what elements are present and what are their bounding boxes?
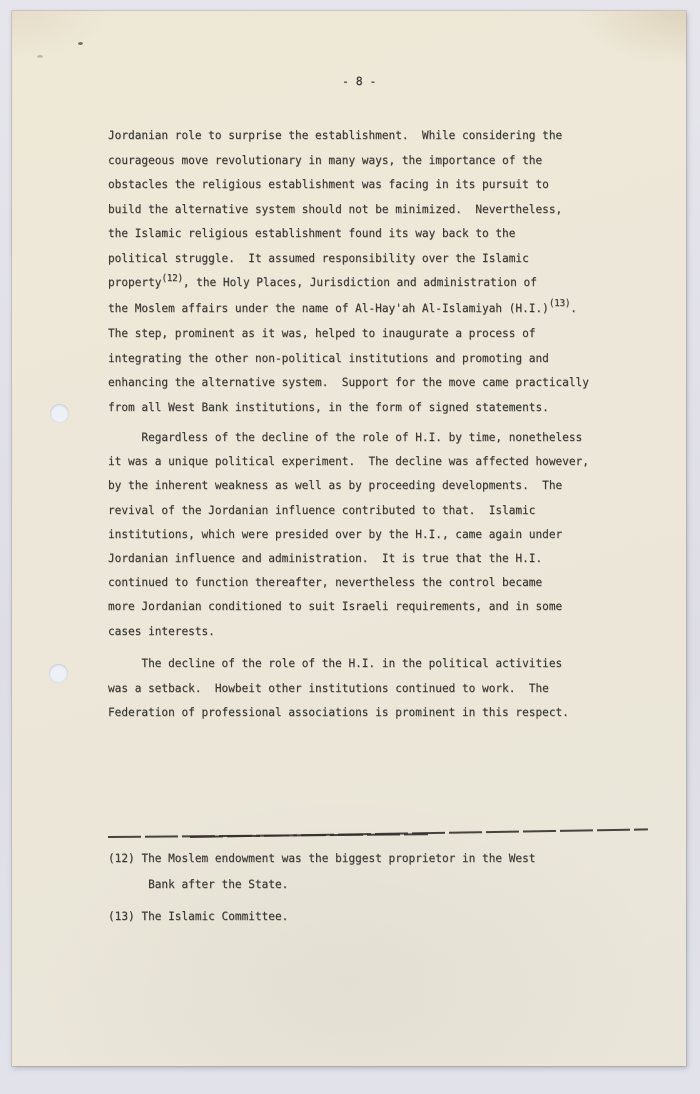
text-line: enhancing the alternative system. Suppor…	[108, 371, 668, 396]
text-segment: cases interests.	[108, 625, 215, 638]
paragraph: Regardless of the decline of the role of…	[108, 426, 668, 644]
text-line: Regardless of the decline of the role of…	[108, 426, 668, 450]
text-segment: obstacles the religious establishment wa…	[108, 178, 549, 191]
footnote-reference: (12)	[161, 273, 182, 284]
text-segment: (12) The Moslem endowment was the bigges…	[108, 852, 535, 865]
page-number: - 8 -	[342, 74, 376, 88]
text-segment: political struggle. It assumed responsib…	[108, 252, 529, 265]
divider-dash-row	[190, 828, 648, 837]
text-line: property(12), the Holy Places, Jurisdict…	[108, 271, 668, 297]
punch-hole-top	[50, 404, 69, 423]
text-line: it was a unique political experiment. Th…	[108, 450, 668, 474]
text-line: The decline of the role of the H.I. in t…	[108, 652, 668, 677]
text-segment: property	[108, 276, 161, 289]
text-segment: (13) The Islamic Committee.	[108, 910, 288, 923]
text-segment: Federation of professional associations …	[108, 706, 569, 719]
text-segment: Regardless of the decline of the role of…	[108, 431, 582, 444]
text-line: (12) The Moslem endowment was the bigges…	[108, 846, 668, 872]
text-segment: .	[570, 302, 577, 315]
text-segment: courageous move revolutionary in many wa…	[108, 154, 542, 167]
text-segment: The step, prominent as it was, helped to…	[108, 327, 535, 340]
text-segment: build the alternative system should not …	[108, 203, 562, 216]
text-segment: by the inherent weakness as well as by p…	[108, 479, 562, 492]
text-line: Jordanian influence and administration. …	[108, 547, 668, 571]
text-line: the Moslem affairs under the name of Al-…	[108, 297, 668, 323]
text-segment: , the Holy Places, Jurisdiction and admi…	[183, 276, 537, 289]
text-segment: continued to function thereafter, nevert…	[108, 576, 542, 589]
text-line: the Islamic religious establishment foun…	[108, 222, 668, 247]
text-segment: revival of the Jordanian influence contr…	[108, 504, 535, 517]
footnote-divider	[108, 824, 648, 840]
text-line: Bank after the State.	[108, 872, 668, 898]
text-segment: institutions, which were presided over b…	[108, 528, 562, 541]
text-segment: Jordanian role to surprise the establish…	[108, 129, 562, 142]
text-line: was a setback. Howbeit other institution…	[108, 677, 668, 702]
footnote-reference: (13)	[549, 298, 570, 309]
text-segment: the Islamic religious establishment foun…	[108, 227, 515, 240]
text-line: by the inherent weakness as well as by p…	[108, 474, 668, 498]
text-line: build the alternative system should not …	[108, 198, 668, 223]
text-segment: was a setback. Howbeit other institution…	[108, 682, 549, 695]
text-line: from all West Bank institutions, in the …	[108, 396, 668, 421]
text-line: more Jordanian conditioned to suit Israe…	[108, 595, 668, 619]
text-line: institutions, which were presided over b…	[108, 523, 668, 547]
text-line: obstacles the religious establishment wa…	[108, 173, 668, 198]
text-segment: it was a unique political experiment. Th…	[108, 455, 589, 468]
text-line: The step, prominent as it was, helped to…	[108, 322, 668, 347]
text-segment: Jordanian influence and administration. …	[108, 552, 542, 565]
text-segment: the Moslem affairs under the name of Al-…	[108, 302, 549, 315]
document-scan: - 8 - Jordanian role to surprise the est…	[0, 0, 700, 1094]
paper-speck	[37, 55, 43, 58]
text-segment: more Jordanian conditioned to suit Israe…	[108, 600, 562, 613]
paper-speck	[78, 42, 83, 45]
text-segment: integrating the other non-political inst…	[108, 352, 549, 365]
text-line: (13) The Islamic Committee.	[108, 904, 668, 930]
text-line: cases interests.	[108, 620, 668, 644]
text-line: courageous move revolutionary in many wa…	[108, 149, 668, 174]
punch-hole-bottom	[49, 664, 68, 683]
paragraph: The decline of the role of the H.I. in t…	[108, 652, 668, 726]
text-segment: Bank after the State.	[108, 878, 288, 891]
footnote: (12) The Moslem endowment was the bigges…	[108, 846, 668, 897]
text-segment: enhancing the alternative system. Suppor…	[108, 376, 589, 389]
text-line: continued to function thereafter, nevert…	[108, 571, 668, 595]
text-line: Federation of professional associations …	[108, 701, 668, 726]
text-line: Jordanian role to surprise the establish…	[108, 124, 668, 149]
text-line: integrating the other non-political inst…	[108, 347, 668, 372]
text-segment: from all West Bank institutions, in the …	[108, 401, 549, 414]
paragraph: Jordanian role to surprise the establish…	[108, 124, 668, 420]
footnote: (13) The Islamic Committee.	[108, 904, 668, 930]
text-segment: The decline of the role of the H.I. in t…	[108, 657, 562, 670]
text-line: revival of the Jordanian influence contr…	[108, 499, 668, 523]
text-line: political struggle. It assumed responsib…	[108, 247, 668, 272]
